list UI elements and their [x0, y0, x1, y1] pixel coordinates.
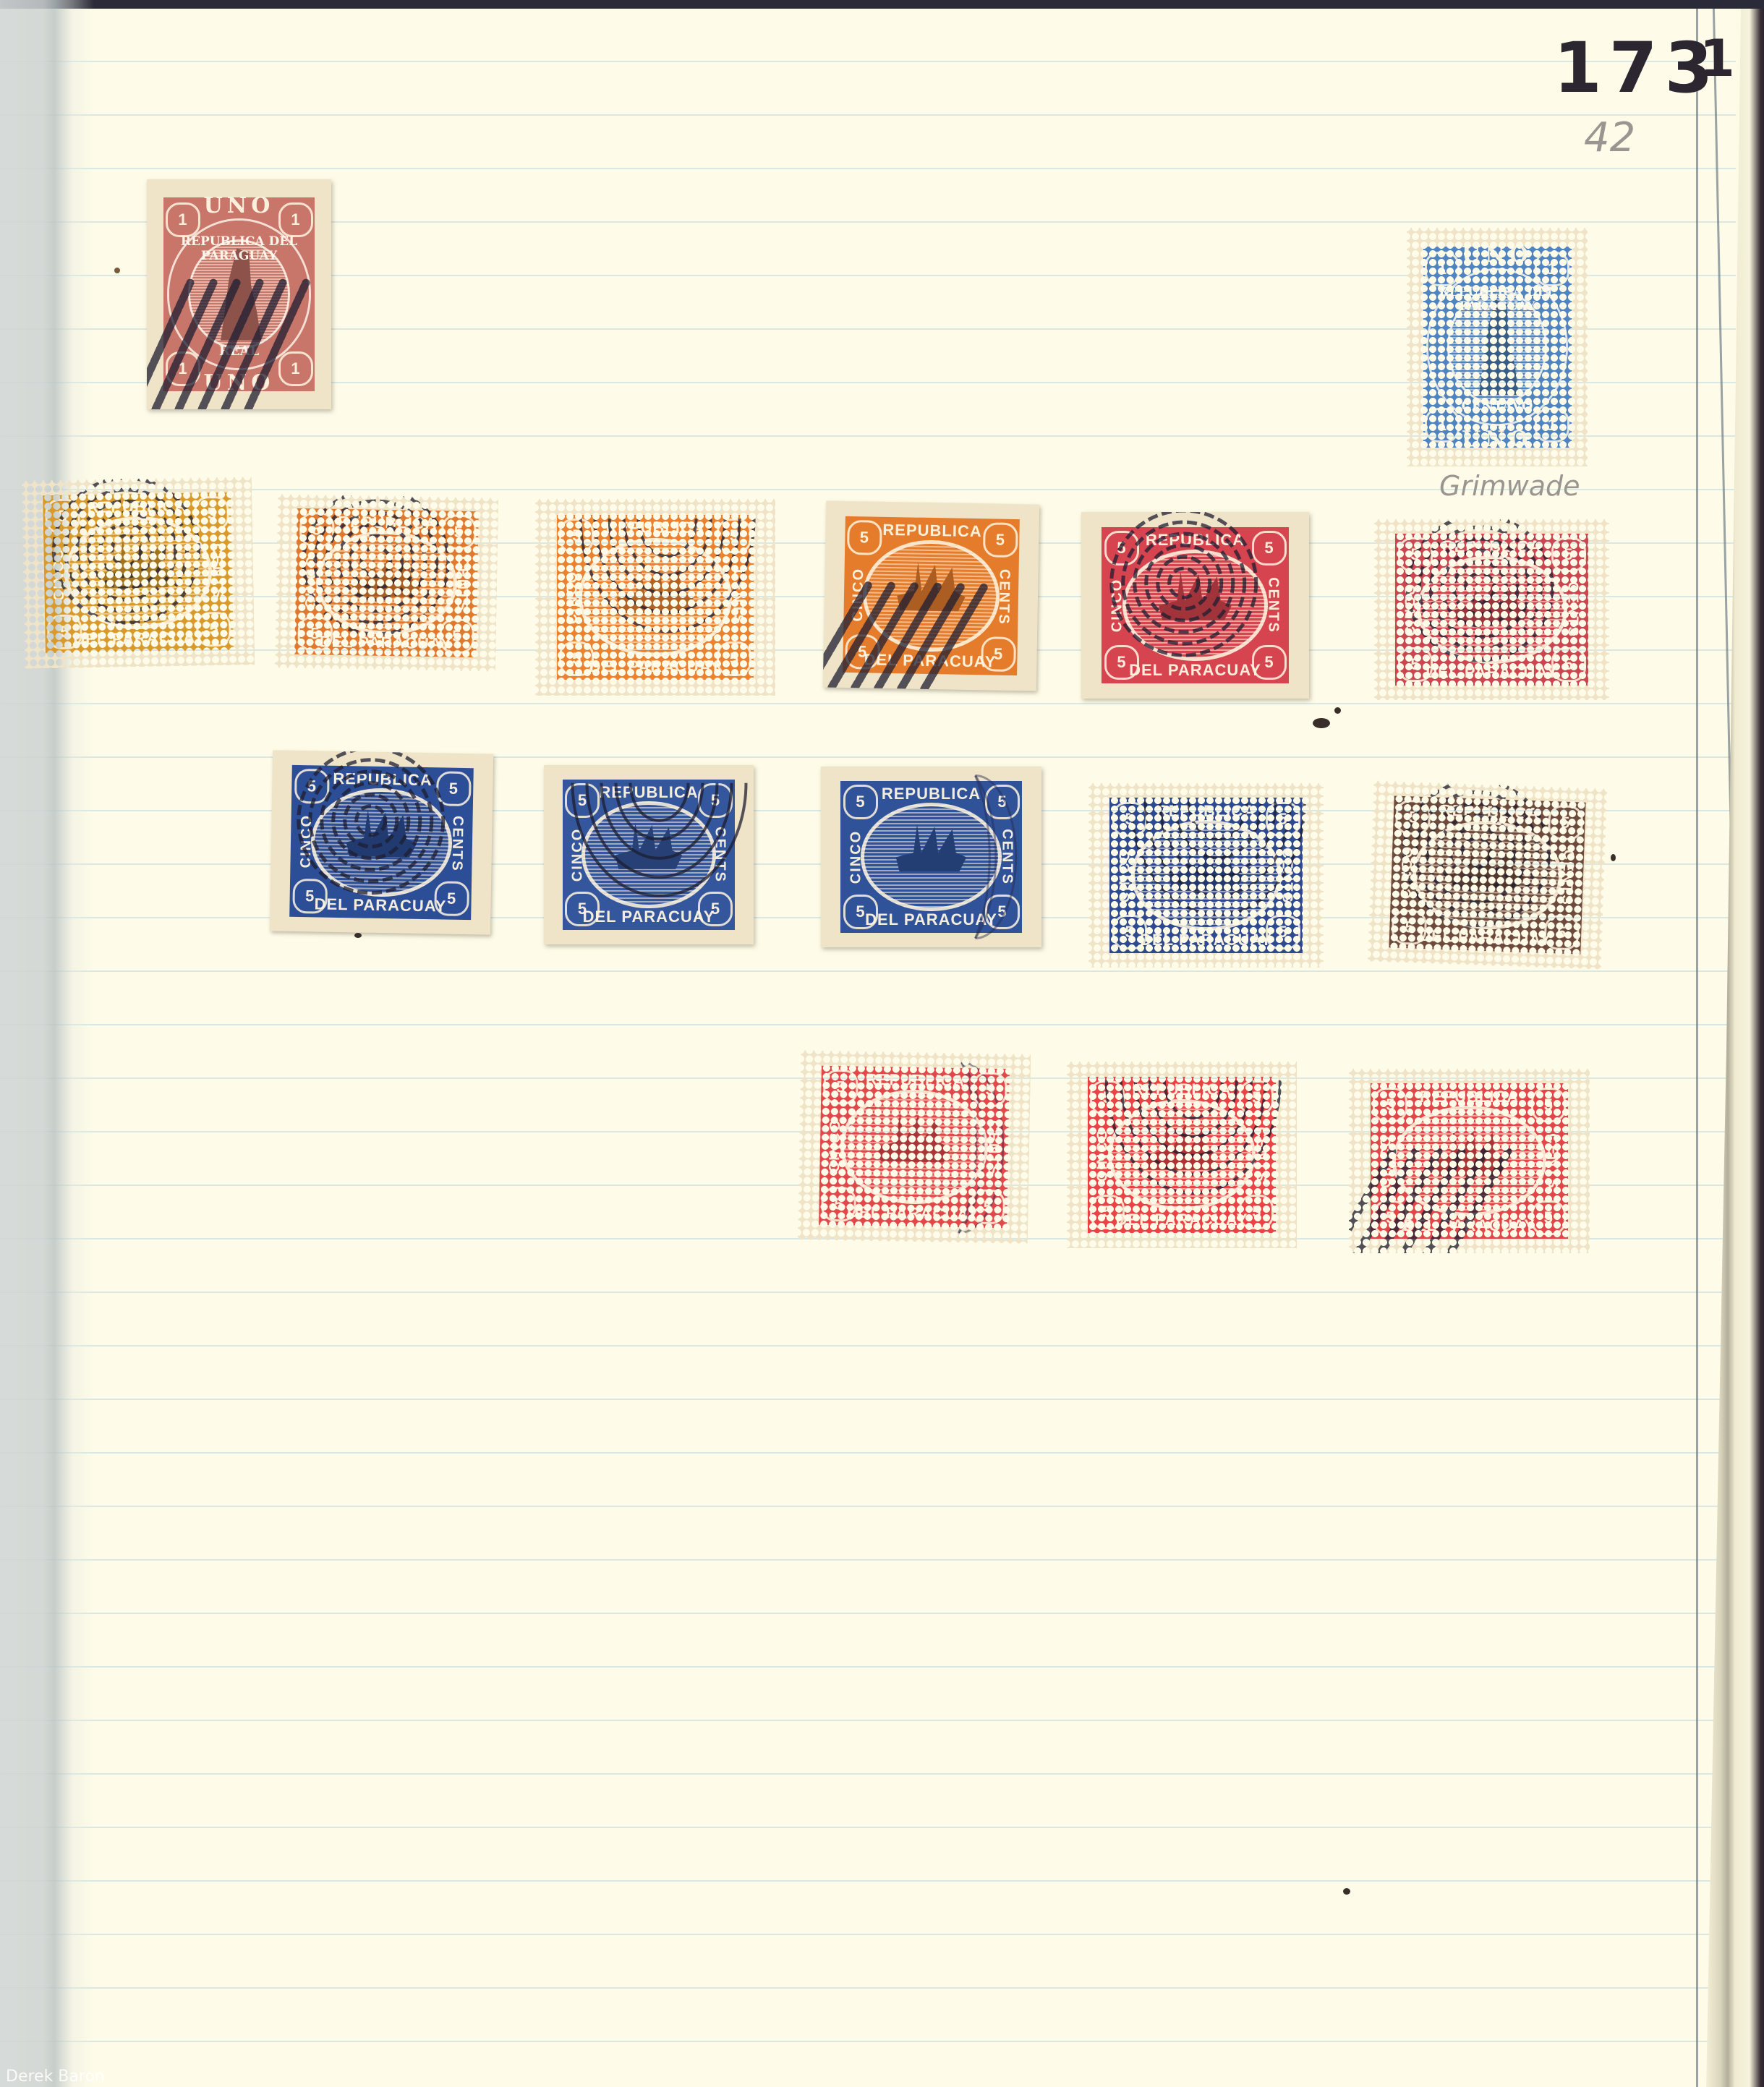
corner-numeral: 5: [440, 514, 476, 550]
stamp-ship-blue-1: REPUBLICA DEL PARACUAY CINCO CENTS 5 5 5…: [270, 750, 493, 934]
corner-numeral: 5: [1112, 915, 1147, 949]
corner-numeral: 5: [698, 783, 733, 818]
corner-numeral: 5: [1112, 802, 1147, 837]
corner-numeral: 5: [294, 769, 329, 804]
corner-numeral: 5: [1090, 1080, 1125, 1115]
stamp-ship-red-2: REPUBLICA DEL PARACUAY CINCO CENTS 5 5 5…: [1067, 1062, 1297, 1248]
stamp-left-text: CINCO: [1117, 848, 1134, 902]
corner-numeral: 5: [985, 785, 1020, 819]
stamp-right-text: CENTS: [994, 569, 1012, 626]
stamp-country-text: REPUBLICA DEL PARAGUAY: [1407, 285, 1588, 314]
corner-numeral: 5: [434, 881, 469, 916]
corner-numeral: 5: [846, 520, 882, 555]
stamp-left-text: CINCO: [1378, 1134, 1394, 1187]
corner-numeral: 5: [1090, 1195, 1125, 1229]
stamp-ship-blue-3: REPUBLICA DEL PARACUAY CINCO CENTS 5 5 5…: [821, 767, 1041, 947]
corner-numeral: 5: [972, 1072, 1007, 1108]
stamp-right-text: CENTS: [1544, 1133, 1561, 1190]
stamp-ship-orange-2: REPUBLICA DEL PARACUAY CINCO CENTS 5 5 5…: [275, 494, 498, 671]
stamp-ship-blue-2: REPUBLICA DEL PARACUAY CINCO CENTS 5 5 5…: [544, 765, 754, 944]
corner-numeral: 5: [194, 496, 229, 532]
corner-numeral: 5: [1395, 800, 1431, 836]
scanner-top-edge: [0, 0, 1764, 9]
corner-numeral: 5: [1531, 1088, 1566, 1122]
corner-numeral: 5: [843, 785, 878, 819]
corner-numeral: 5: [845, 634, 880, 670]
stamp-right-text: CENTS: [1558, 850, 1577, 907]
stamp-right-text: CENTS: [1265, 577, 1282, 633]
corner-numeral: 5: [1392, 909, 1428, 945]
stamp-right-text: CENTS: [453, 556, 470, 613]
stamp-ship-carmine-6: REPUBLICA DEL PARACUAY CINCO CENTS 5 5 5…: [1374, 519, 1609, 700]
corner-numeral: 5: [970, 1189, 1005, 1224]
pencil-number: 42: [1584, 114, 1635, 161]
ink-speck: [1334, 707, 1341, 714]
stamp-right-text: CENTS: [1252, 1127, 1269, 1183]
stamp-left-text: CINCO: [569, 828, 586, 882]
corner-numeral: 5: [1239, 1080, 1274, 1115]
corner-numeral: 5: [1531, 1200, 1566, 1235]
stamp-left-text: CINCO: [848, 830, 864, 884]
stamp-left-text: CINCO: [1398, 845, 1417, 900]
stamp-ship-blue-4: REPUBLICA DEL PARACUAY CINCO CENTS 5 5 5…: [1088, 783, 1324, 968]
stamp-right-text: CENTS: [1564, 581, 1581, 638]
stamp-left-text: CINCO: [564, 571, 581, 624]
corner-numeral: 5: [439, 618, 474, 654]
corner-numeral: 5: [1551, 537, 1586, 572]
stamp-ship-brown-5: REPUBLICA DEL PARACUAY CINCO CENTS 5 5 5…: [1368, 780, 1608, 969]
corner-numeral: 5: [1398, 647, 1433, 682]
pencil-note: Grimwade: [1439, 470, 1580, 502]
stamp-ship-carmine-5: REPUBLICA DEL PARACUAY CINCO CENTS 5 5 5…: [1081, 512, 1309, 699]
stamp-left-text: CINCO: [302, 555, 320, 609]
stamp-left-text: CINCO: [827, 1119, 844, 1173]
corner-numeral: 5: [292, 879, 328, 914]
stamp-right-text: CENTS: [730, 569, 746, 626]
ink-speck: [1611, 854, 1616, 861]
page-mark: 1: [1700, 29, 1735, 88]
stamp-left-text: CINCO: [51, 547, 68, 601]
stamp-lion-real-rose: UNO REPUBLICA DEL PARAGUAY REAL UNO 1 1 …: [147, 179, 331, 409]
stamp-left-text: CINCO: [1109, 579, 1125, 632]
corner-numeral: 1: [166, 202, 200, 237]
stamp-ship-red-1: REPUBLICA DEL PARACUAY CINCO CENTS 5 5 5…: [798, 1050, 1031, 1244]
corner-numeral: 5: [1266, 915, 1300, 949]
ink-speck: [1313, 718, 1330, 728]
stamp-ship-yellow-orange-1: REPUBLICA DEL PARACUAY CINCO CENTS 5 5 5…: [22, 477, 255, 669]
corner-numeral: 5: [297, 616, 333, 652]
ink-speck: [1343, 1888, 1350, 1895]
stamp-right-text: CENTS: [1279, 848, 1295, 904]
binding-gutter-shadow: [0, 0, 94, 2087]
stamp-right-text: CENTS: [448, 816, 465, 872]
corner-numeral: 1: [1425, 408, 1460, 443]
page-edge-line: [1696, 9, 1698, 2087]
corner-numeral: 5: [1373, 1200, 1407, 1235]
corner-numeral: 1: [1425, 252, 1460, 286]
corner-numeral: 5: [698, 892, 733, 926]
corner-numeral: 1: [1535, 408, 1569, 443]
stamp-left-text: CINCO: [1403, 583, 1420, 636]
corner-numeral: 1: [166, 351, 200, 386]
stamp-ship-orange-3: REPUBLICA DEL PARACUAY CINCO CENTS 5 5 5…: [535, 499, 775, 696]
stamp-left-text: CINCO: [297, 814, 315, 868]
page-number: 173: [1554, 27, 1720, 108]
corner-numeral: 5: [47, 614, 82, 649]
stamp-right-text: CENTS: [712, 827, 728, 883]
corner-numeral: 5: [823, 1070, 858, 1105]
photographer-credit: Derek Baron: [6, 2067, 105, 2086]
corner-numeral: 5: [717, 518, 751, 553]
corner-numeral: 5: [1252, 645, 1287, 680]
corner-numeral: 5: [1373, 1088, 1407, 1122]
corner-numeral: 5: [45, 498, 80, 534]
corner-numeral: 5: [1252, 531, 1287, 566]
corner-numeral: 5: [1239, 1195, 1274, 1229]
stamp-left-text: CINCO: [850, 568, 867, 622]
corner-numeral: 5: [435, 771, 471, 806]
ink-speck: [354, 933, 362, 938]
ink-speck: [114, 268, 120, 273]
corner-numeral: 5: [1551, 647, 1586, 682]
stamp-country-text: REPUBLICA DEL PARAGUAY: [147, 234, 331, 263]
stamp-lion-centavo-blue: UNO REPUBLICA DEL PARAGUAY CENTAVO UNO 1…: [1407, 228, 1588, 466]
corner-numeral: 1: [278, 202, 313, 237]
corner-numeral: 5: [196, 612, 231, 647]
stamp-right-text: CENTS: [998, 829, 1015, 885]
corner-numeral: 5: [565, 783, 600, 818]
stamp-right-text: CENTS: [984, 1120, 1002, 1177]
corner-numeral: 1: [1535, 252, 1569, 286]
corner-numeral: 5: [982, 522, 1018, 558]
corner-numeral: 5: [559, 641, 594, 676]
stamp-right-text: CENTS: [208, 543, 226, 599]
corner-numeral: 5: [843, 895, 878, 929]
corner-numeral: 5: [1543, 915, 1580, 951]
stamp-ship-orange-4: REPUBLICA DEL PARACUAY CINCO CENTS 5 5 5…: [823, 500, 1039, 691]
corner-numeral: 5: [565, 892, 600, 926]
corner-numeral: 5: [1398, 537, 1433, 572]
corner-numeral: 1: [278, 351, 313, 386]
corner-numeral: 5: [1547, 805, 1583, 841]
corner-numeral: 5: [985, 895, 1020, 929]
corner-numeral: 5: [1104, 645, 1139, 680]
corner-numeral: 5: [717, 641, 751, 676]
corner-numeral: 5: [981, 636, 1016, 672]
corner-numeral: 5: [821, 1187, 856, 1222]
stamp-left-text: CINCO: [1095, 1128, 1112, 1182]
corner-numeral: 5: [1104, 531, 1139, 566]
corner-numeral: 5: [299, 512, 334, 547]
corner-numeral: 5: [559, 518, 594, 553]
corner-numeral: 5: [1266, 802, 1300, 837]
stamp-ship-red-3: REPUBLICA DEL PARACUAY CINCO CENTS 5 5 5…: [1349, 1069, 1590, 1253]
